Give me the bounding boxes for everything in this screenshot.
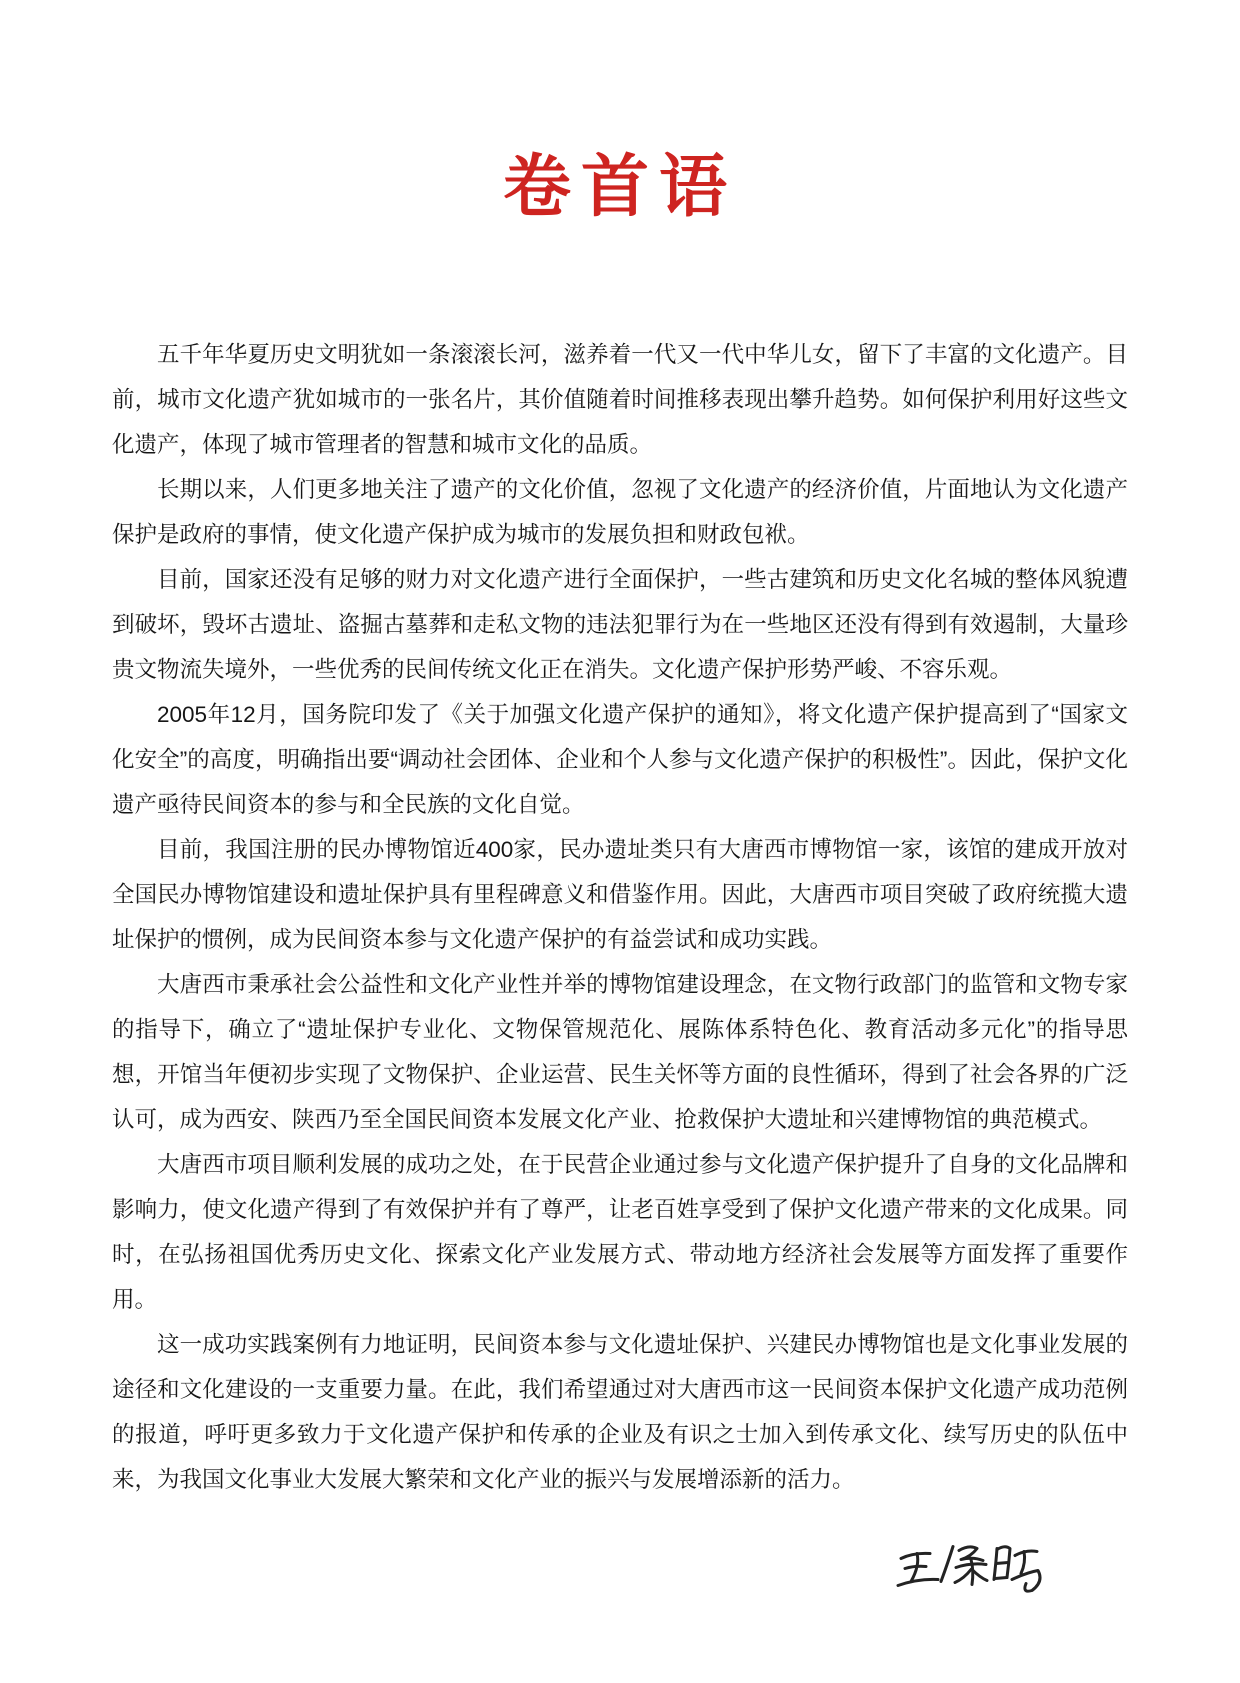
paragraph: 大唐西市项目顺利发展的成功之处，在于民营企业通过参与文化遗产保护提升了自身的文化… bbox=[112, 1142, 1128, 1322]
paragraph: 目前，我国注册的民办博物馆近400家，民办遗址类只有大唐西市博物馆一家，该馆的建… bbox=[112, 827, 1128, 962]
article-body: 五千年华夏历史文明犹如一条滚滚长河，滋养着一代又一代中华儿女，留下了丰富的文化遗… bbox=[112, 332, 1128, 1502]
page-title: 卷首语 bbox=[0, 0, 1240, 225]
paragraph: 2005年12月，国务院印发了《关于加强文化遗产保护的通知》，将文化遗产保护提高… bbox=[112, 692, 1128, 827]
signature bbox=[893, 1532, 1043, 1612]
signature-handwriting-icon bbox=[893, 1532, 1043, 1612]
paragraph: 五千年华夏历史文明犹如一条滚滚长河，滋养着一代又一代中华儿女，留下了丰富的文化遗… bbox=[112, 332, 1128, 467]
paragraph: 长期以来，人们更多地关注了遗产的文化价值，忽视了文化遗产的经济价值，片面地认为文… bbox=[112, 467, 1128, 557]
paragraph: 这一成功实践案例有力地证明，民间资本参与文化遗址保护、兴建民办博物馆也是文化事业… bbox=[112, 1322, 1128, 1502]
paragraph: 目前，国家还没有足够的财力对文化遗产进行全面保护，一些古建筑和历史文化名城的整体… bbox=[112, 557, 1128, 692]
magazine-foreword-page: 卷首语 五千年华夏历史文明犹如一条滚滚长河，滋养着一代又一代中华儿女，留下了丰富… bbox=[0, 0, 1240, 1683]
paragraph: 大唐西市秉承社会公益性和文化产业性并举的博物馆建设理念，在文物行政部门的监管和文… bbox=[112, 962, 1128, 1142]
